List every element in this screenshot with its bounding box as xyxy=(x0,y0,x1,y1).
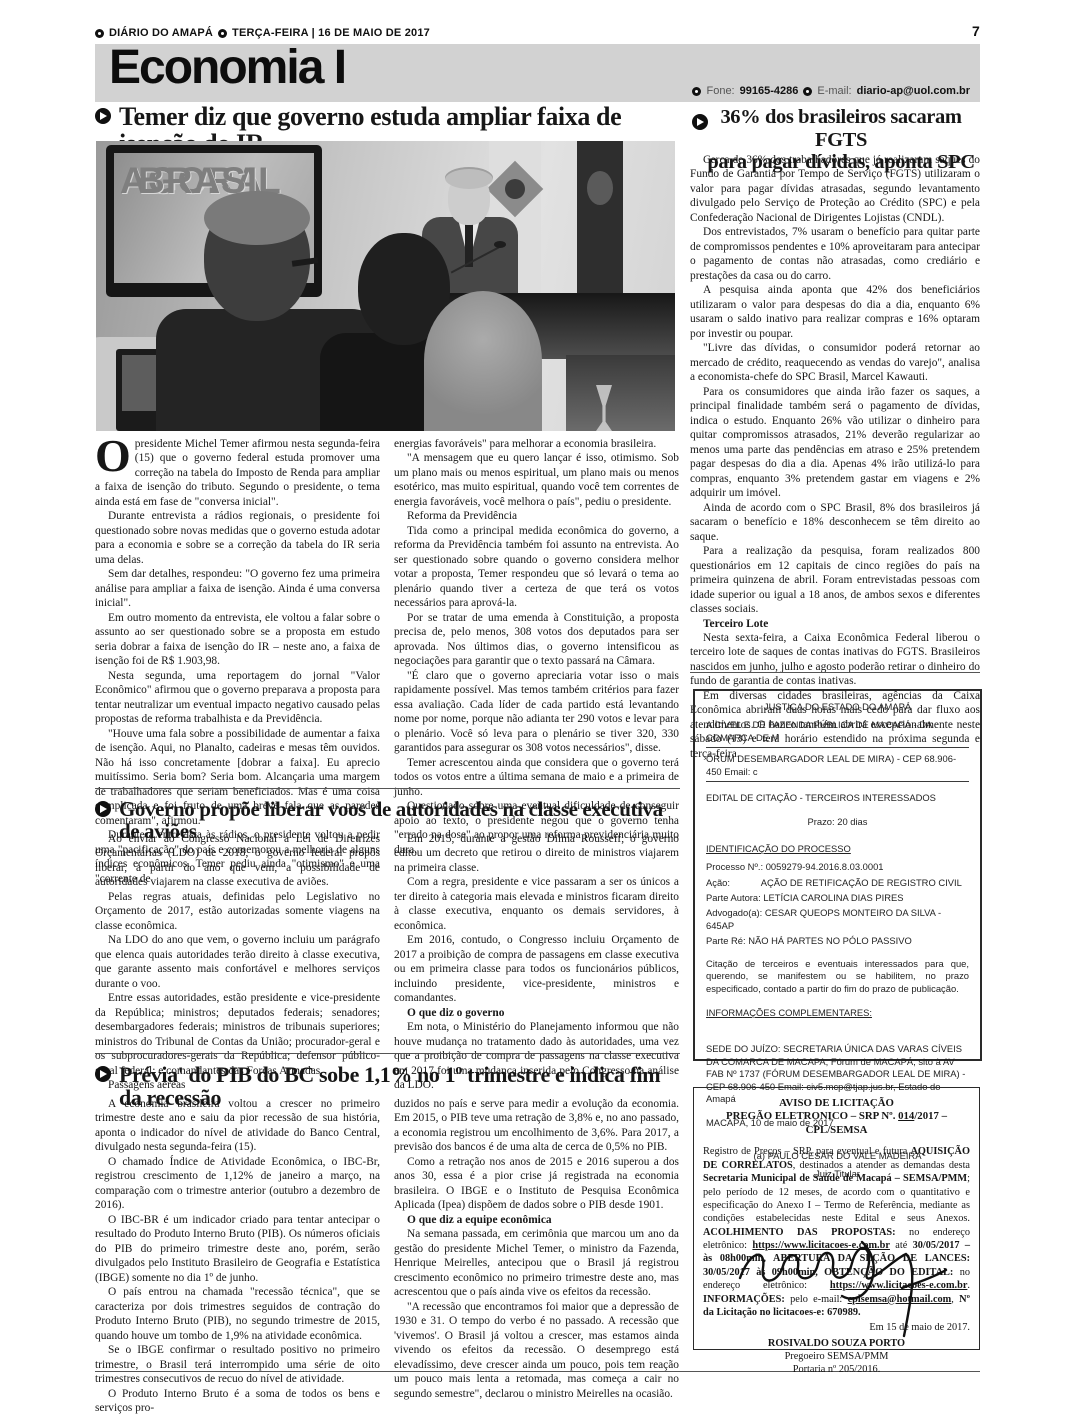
text-segment: https://www.licitacoes-e.com.br xyxy=(752,1240,890,1251)
paragraph: Por se tratar de uma emenda à Constituiç… xyxy=(394,611,679,669)
text-segment: até xyxy=(890,1240,913,1251)
paragraph: ÓRUM DESEMBARGADOR LEAL DE MIRA) - CEP 6… xyxy=(706,753,969,782)
paragraph: Ao enviar ao Congresso Nacional a Lei de… xyxy=(95,832,380,890)
paragraph: "A recessão que encontramos foi maior qu… xyxy=(394,1300,679,1401)
headline-bullet-icon xyxy=(95,108,111,124)
headline-bullet-icon xyxy=(95,801,111,817)
paragraph: Temer acrescentou ainda que considera qu… xyxy=(394,756,679,799)
paragraph: O chamado Índice de Atividade Econômica,… xyxy=(95,1155,380,1213)
paragraph: Cerca de 36% dos trabalhadores que já re… xyxy=(690,153,980,225)
paragraph: Dos entrevistados, 7% usaram o benefício… xyxy=(690,225,980,283)
paragraph: Nesta segunda, uma reportagem do jornal … xyxy=(95,669,380,727)
paragraph: duzidos no país e serve para medir a evo… xyxy=(394,1097,679,1155)
email-icon xyxy=(803,87,812,96)
paragraph: Terceiro Lote xyxy=(690,617,980,631)
contact-line: Fone: 99165-4286 E-mail: diario-ap@uol.c… xyxy=(692,85,970,97)
paragraph: Ação: AÇÃO DE RETIFICAÇÃO DE REGISTRO CI… xyxy=(706,877,969,889)
paragraph: A CÍVEL E DE FAZENDA PÚBLICA DE MACAPÁ -… xyxy=(706,719,969,748)
email-label: E-mail: xyxy=(817,85,851,97)
section-divider xyxy=(95,788,680,789)
paragraph: Com a regra, presidente e vice passaram … xyxy=(394,875,679,933)
lead-paragraph: Opresidente Michel Temer afirmou nesta s… xyxy=(95,437,380,509)
section-divider xyxy=(690,672,980,673)
paragraph: Para a realização da pesquisa, foram rea… xyxy=(690,544,980,616)
lead-text: presidente Michel Temer afirmou nesta se… xyxy=(95,438,380,508)
photo-attendee3-head xyxy=(424,291,542,431)
paragraph: INFORMAÇÕES COMPLEMENTARES: xyxy=(706,1007,969,1019)
text-segment: ACOLHIMENTO DAS PROPOSTAS: xyxy=(703,1227,896,1238)
paragraph: Como a retração nos anos de 2015 e 2016 … xyxy=(394,1155,679,1213)
paragraph: A economia brasileira voltou a crescer n… xyxy=(95,1097,380,1155)
paragraph: O IBC-BR é um indicador criado para tent… xyxy=(95,1213,380,1285)
paragraph: JUSTIÇA DO ESTADO DO AMAPÁ xyxy=(706,701,969,713)
section-title: Economia I xyxy=(109,40,345,95)
newspaper-brand: DIÁRIO DO AMAPÁ xyxy=(109,27,213,39)
bullet-icon xyxy=(218,29,227,38)
paragraph: Durante entrevista a rádios regionais, o… xyxy=(95,509,380,567)
aviso-date: Em 15 de maio de 2017. xyxy=(703,1321,970,1334)
photo-temer-hair xyxy=(445,167,493,189)
article-pib-body: A economia brasileira voltou a crescer n… xyxy=(95,1097,680,1416)
paragraph: O país entrou na chamada "recessão técni… xyxy=(95,1285,380,1343)
legal-notice-aviso-licitacao: AVISO DE LICITAÇÃO PREGÃO ELETRONICO – S… xyxy=(693,1087,980,1350)
photo-microphone-head xyxy=(494,241,506,248)
paragraph: "É claro que o governo apreciaria votar … xyxy=(394,669,679,756)
paragraph: Nesta sexta-feira, a Caixa Econômica Fed… xyxy=(690,631,980,689)
headline-bullet-icon xyxy=(692,114,708,130)
paragraph: Na LDO do ano que vem, o governo incluiu… xyxy=(95,933,380,991)
paragraph: O que diz a equipe econômica xyxy=(394,1213,679,1227)
text-segment: , xyxy=(951,1294,959,1305)
drop-cap: O xyxy=(95,437,135,474)
text-segment: , destinados a atender as demandas desta xyxy=(793,1160,970,1171)
paragraph: Sem dar detalhes, respondeu: "O governo … xyxy=(95,567,380,610)
photo-attendee1-hair xyxy=(204,191,310,245)
text-segment: 014 xyxy=(898,1110,914,1122)
aviso-title-line1: AVISO DE LICITAÇÃO xyxy=(703,1097,970,1110)
paragraph: Advogado(a): CESAR QUEOPS MONTEIRO DA SI… xyxy=(706,907,969,932)
newspaper-page: { "page": { "brand": "DIÁRIO DO AMAPÁ", … xyxy=(0,0,1069,1383)
paragraph: Pelas regras atuais, definidas pelo Legi… xyxy=(95,890,380,933)
text-segment: https://www.licitacoes-e.com.br xyxy=(830,1280,968,1291)
paragraph: Tida como a principal medida econômica d… xyxy=(394,524,679,611)
paragraph: "Livre das dívidas, o consumidor poderá … xyxy=(690,341,980,384)
text-segment: Secretaria Municipal de Saúde de Macapá … xyxy=(703,1173,967,1184)
flag-globe xyxy=(505,179,525,199)
paragraph: "A mensagem que eu quero lançar é isso, … xyxy=(394,451,679,509)
text-segment: Registro de Preços – SRP, para eventual … xyxy=(703,1146,910,1157)
text-segment: PREGÃO ELETRONICO – SRP Nº. xyxy=(726,1110,898,1122)
paragraph: Em 2016, contudo, o Congresso incluiu Or… xyxy=(394,933,679,1005)
paragraph: O Produto Interno Bruto é a soma de todo… xyxy=(95,1387,380,1416)
paragraph: O que diz o governo xyxy=(394,1006,679,1020)
paragraph: Citação de terceiros e eventuais interes… xyxy=(706,958,969,995)
flag-emblem xyxy=(587,171,613,205)
headline-line1: 36% dos brasileiros sacaram FGTS xyxy=(704,106,978,151)
signer-name: ROSIVALDO SOUZA PORTO xyxy=(703,1337,970,1350)
edition-date: TERÇA-FEIRA | 16 DE MAIO DE 2017 xyxy=(232,27,430,39)
aviso-title-line2: PREGÃO ELETRONICO – SRP Nº. 014/2017 – C… xyxy=(703,1110,970,1137)
page-header: DIÁRIO DO AMAPÁ TERÇA-FEIRA | 16 DE MAIO… xyxy=(95,25,980,41)
paragraph: Reforma da Previdência xyxy=(394,509,679,523)
paragraph: Processo Nº.: 0059279-94.2016.8.03.0001 xyxy=(706,861,969,873)
photo-presidential-flag xyxy=(577,141,623,303)
paragraph: Em 2015, durante a gestão Dilma Rousseff… xyxy=(394,832,679,875)
text-segment: INFORMAÇÕES: xyxy=(703,1294,785,1305)
section-banner: Economia I Fone: 99165-4286 E-mail: diar… xyxy=(95,44,980,102)
paragraph: A pesquisa ainda aponta que 42% dos bene… xyxy=(690,283,980,341)
section-divider xyxy=(95,1053,680,1054)
phone-label: Fone: xyxy=(706,85,734,97)
paragraph: Se o IBGE confirmar o resultado positivo… xyxy=(95,1343,380,1386)
email-address: diario-ap@uol.com.br xyxy=(857,85,970,97)
paragraph: Ainda de acordo com o SPC Brasil, 8% dos… xyxy=(690,501,980,544)
aviso-body: Registro de Preços – SRP, para eventual … xyxy=(703,1145,970,1319)
photo-desk-side xyxy=(566,355,675,431)
text-segment: pelo e-mail: xyxy=(785,1294,848,1305)
signer-role: Pregoeiro SEMSA/PMM xyxy=(703,1350,970,1363)
paragraph: Em outro momento da entrevista, ele volt… xyxy=(95,611,380,669)
article-pib-col2: duzidos no país e serve para medir a evo… xyxy=(394,1097,679,1416)
paragraph: IDENTIFICAÇÃO DO PROCESSO xyxy=(706,843,969,855)
photo-temer-meeting: AGORA BRASIL › xyxy=(96,141,675,431)
article-fgts-body: Cerca de 36% dos trabalhadores que já re… xyxy=(690,153,980,761)
phone-icon xyxy=(692,87,701,96)
paragraph: Na semana passada, em cerimônia que marc… xyxy=(394,1227,679,1299)
paragraph: Parte Ré: NÃO HÁ PARTES NO PÓLO PASSIVO xyxy=(706,935,969,947)
legal-notice-edital: JUSTIÇA DO ESTADO DO AMAPÁA CÍVEL E DE F… xyxy=(693,689,982,1061)
text-segment: cplsemsa@hotmail.com xyxy=(848,1294,952,1305)
signer-ordinance: Portaria nº 205/2016. xyxy=(703,1363,970,1376)
phone-number: 99165-4286 xyxy=(740,85,799,97)
article-pib-col1: A economia brasileira voltou a crescer n… xyxy=(95,1097,380,1416)
paragraph: energias favoráveis" para melhorar a eco… xyxy=(394,437,679,451)
bullet-icon xyxy=(95,29,104,38)
paragraph: Prazo: 20 dias xyxy=(706,816,969,828)
paragraph: Parte Autora: LETÍCIA CAROLINA DIAS PIRE… xyxy=(706,892,969,904)
paragraph: Para os consumidores que ainda irão faze… xyxy=(690,385,980,501)
paragraph: EDITAL DE CITAÇÃO - TERCEIROS INTERESSAD… xyxy=(706,792,969,804)
text-segment: . xyxy=(967,1280,970,1291)
page-number: 7 xyxy=(972,23,980,39)
headline-bullet-icon xyxy=(95,1066,111,1082)
